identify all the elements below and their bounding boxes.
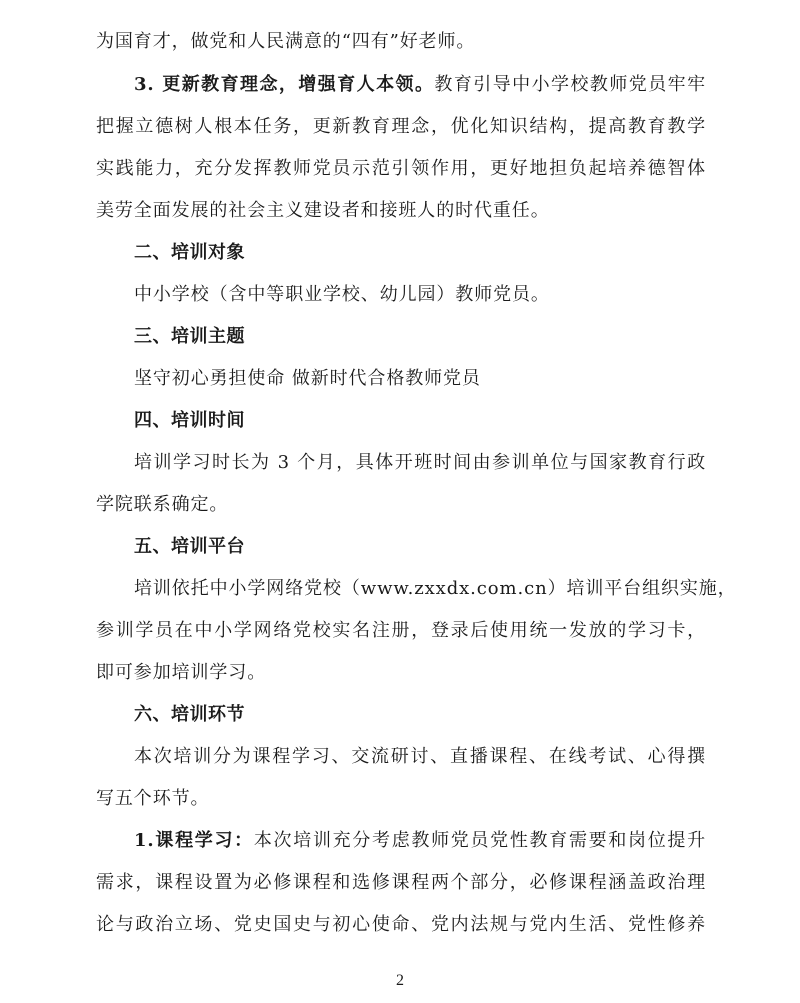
paragraph-line: 实践能力，充分发挥教师党员示范引领作用，更好地担负起培养德智体 <box>96 156 706 182</box>
paragraph-line: 本次培训分为课程学习、交流研讨、直播课程、在线考试、心得撰 <box>134 744 706 770</box>
page-number: 2 <box>0 972 800 990</box>
section-heading: 三、培训主题 <box>134 324 706 350</box>
section-heading: 二、培训对象 <box>134 240 706 266</box>
paragraph-line: 美劳全面发展的社会主义建设者和接班人的时代重任。 <box>96 198 706 224</box>
paragraph-line: 参训学员在中小学网络党校实名注册，登录后使用统一发放的学习卡， <box>96 618 706 644</box>
section-heading: 五、培训平台 <box>134 534 706 560</box>
paragraph-line: 培训学习时长为 3 个月，具体开班时间由参训单位与国家教育行政 <box>134 450 706 476</box>
section-heading: 四、培训时间 <box>134 408 706 434</box>
section-heading: 六、培训环节 <box>134 702 706 728</box>
paragraph-line: 1.课程学习：本次培训充分考虑教师党员党性教育需要和岗位提升 <box>134 828 706 854</box>
paragraph-line: 坚守初心勇担使命 做新时代合格教师党员 <box>134 366 706 392</box>
paragraph-line: 需求，课程设置为必修课程和选修课程两个部分，必修课程涵盖政治理 <box>96 870 706 896</box>
paragraph-line: 3. 更新教育理念，增强育人本领。教育引导中小学校教师党员牢牢 <box>134 72 706 98</box>
paragraph-line: 为国育才，做党和人民满意的“四有”好老师。 <box>96 29 706 55</box>
paragraph-line: 即可参加培训学习。 <box>96 660 706 686</box>
bold-lead: 3. 更新教育理念，增强育人本领。 <box>134 74 434 95</box>
paragraph-text: 教育引导中小学校教师党员牢牢 <box>434 74 706 95</box>
paragraph-line: 写五个环节。 <box>96 786 706 812</box>
document-page: 为国育才，做党和人民满意的“四有”好老师。 3. 更新教育理念，增强育人本领。教… <box>0 0 800 1003</box>
bold-lead: 1.课程学习： <box>134 830 254 851</box>
paragraph-line: 培训依托中小学网络党校（www.zxxdx.com.cn）培训平台组织实施， <box>134 576 706 602</box>
paragraph-line: 论与政治立场、党史国史与初心使命、党内法规与党内生活、党性修养 <box>96 912 706 938</box>
paragraph-line: 学院联系确定。 <box>96 492 706 518</box>
paragraph-text: 本次培训充分考虑教师党员党性教育需要和岗位提升 <box>254 830 706 851</box>
paragraph-line: 把握立德树人根本任务，更新教育理念，优化知识结构，提高教育教学 <box>96 114 706 140</box>
paragraph-line: 中小学校（含中等职业学校、幼儿园）教师党员。 <box>134 282 706 308</box>
